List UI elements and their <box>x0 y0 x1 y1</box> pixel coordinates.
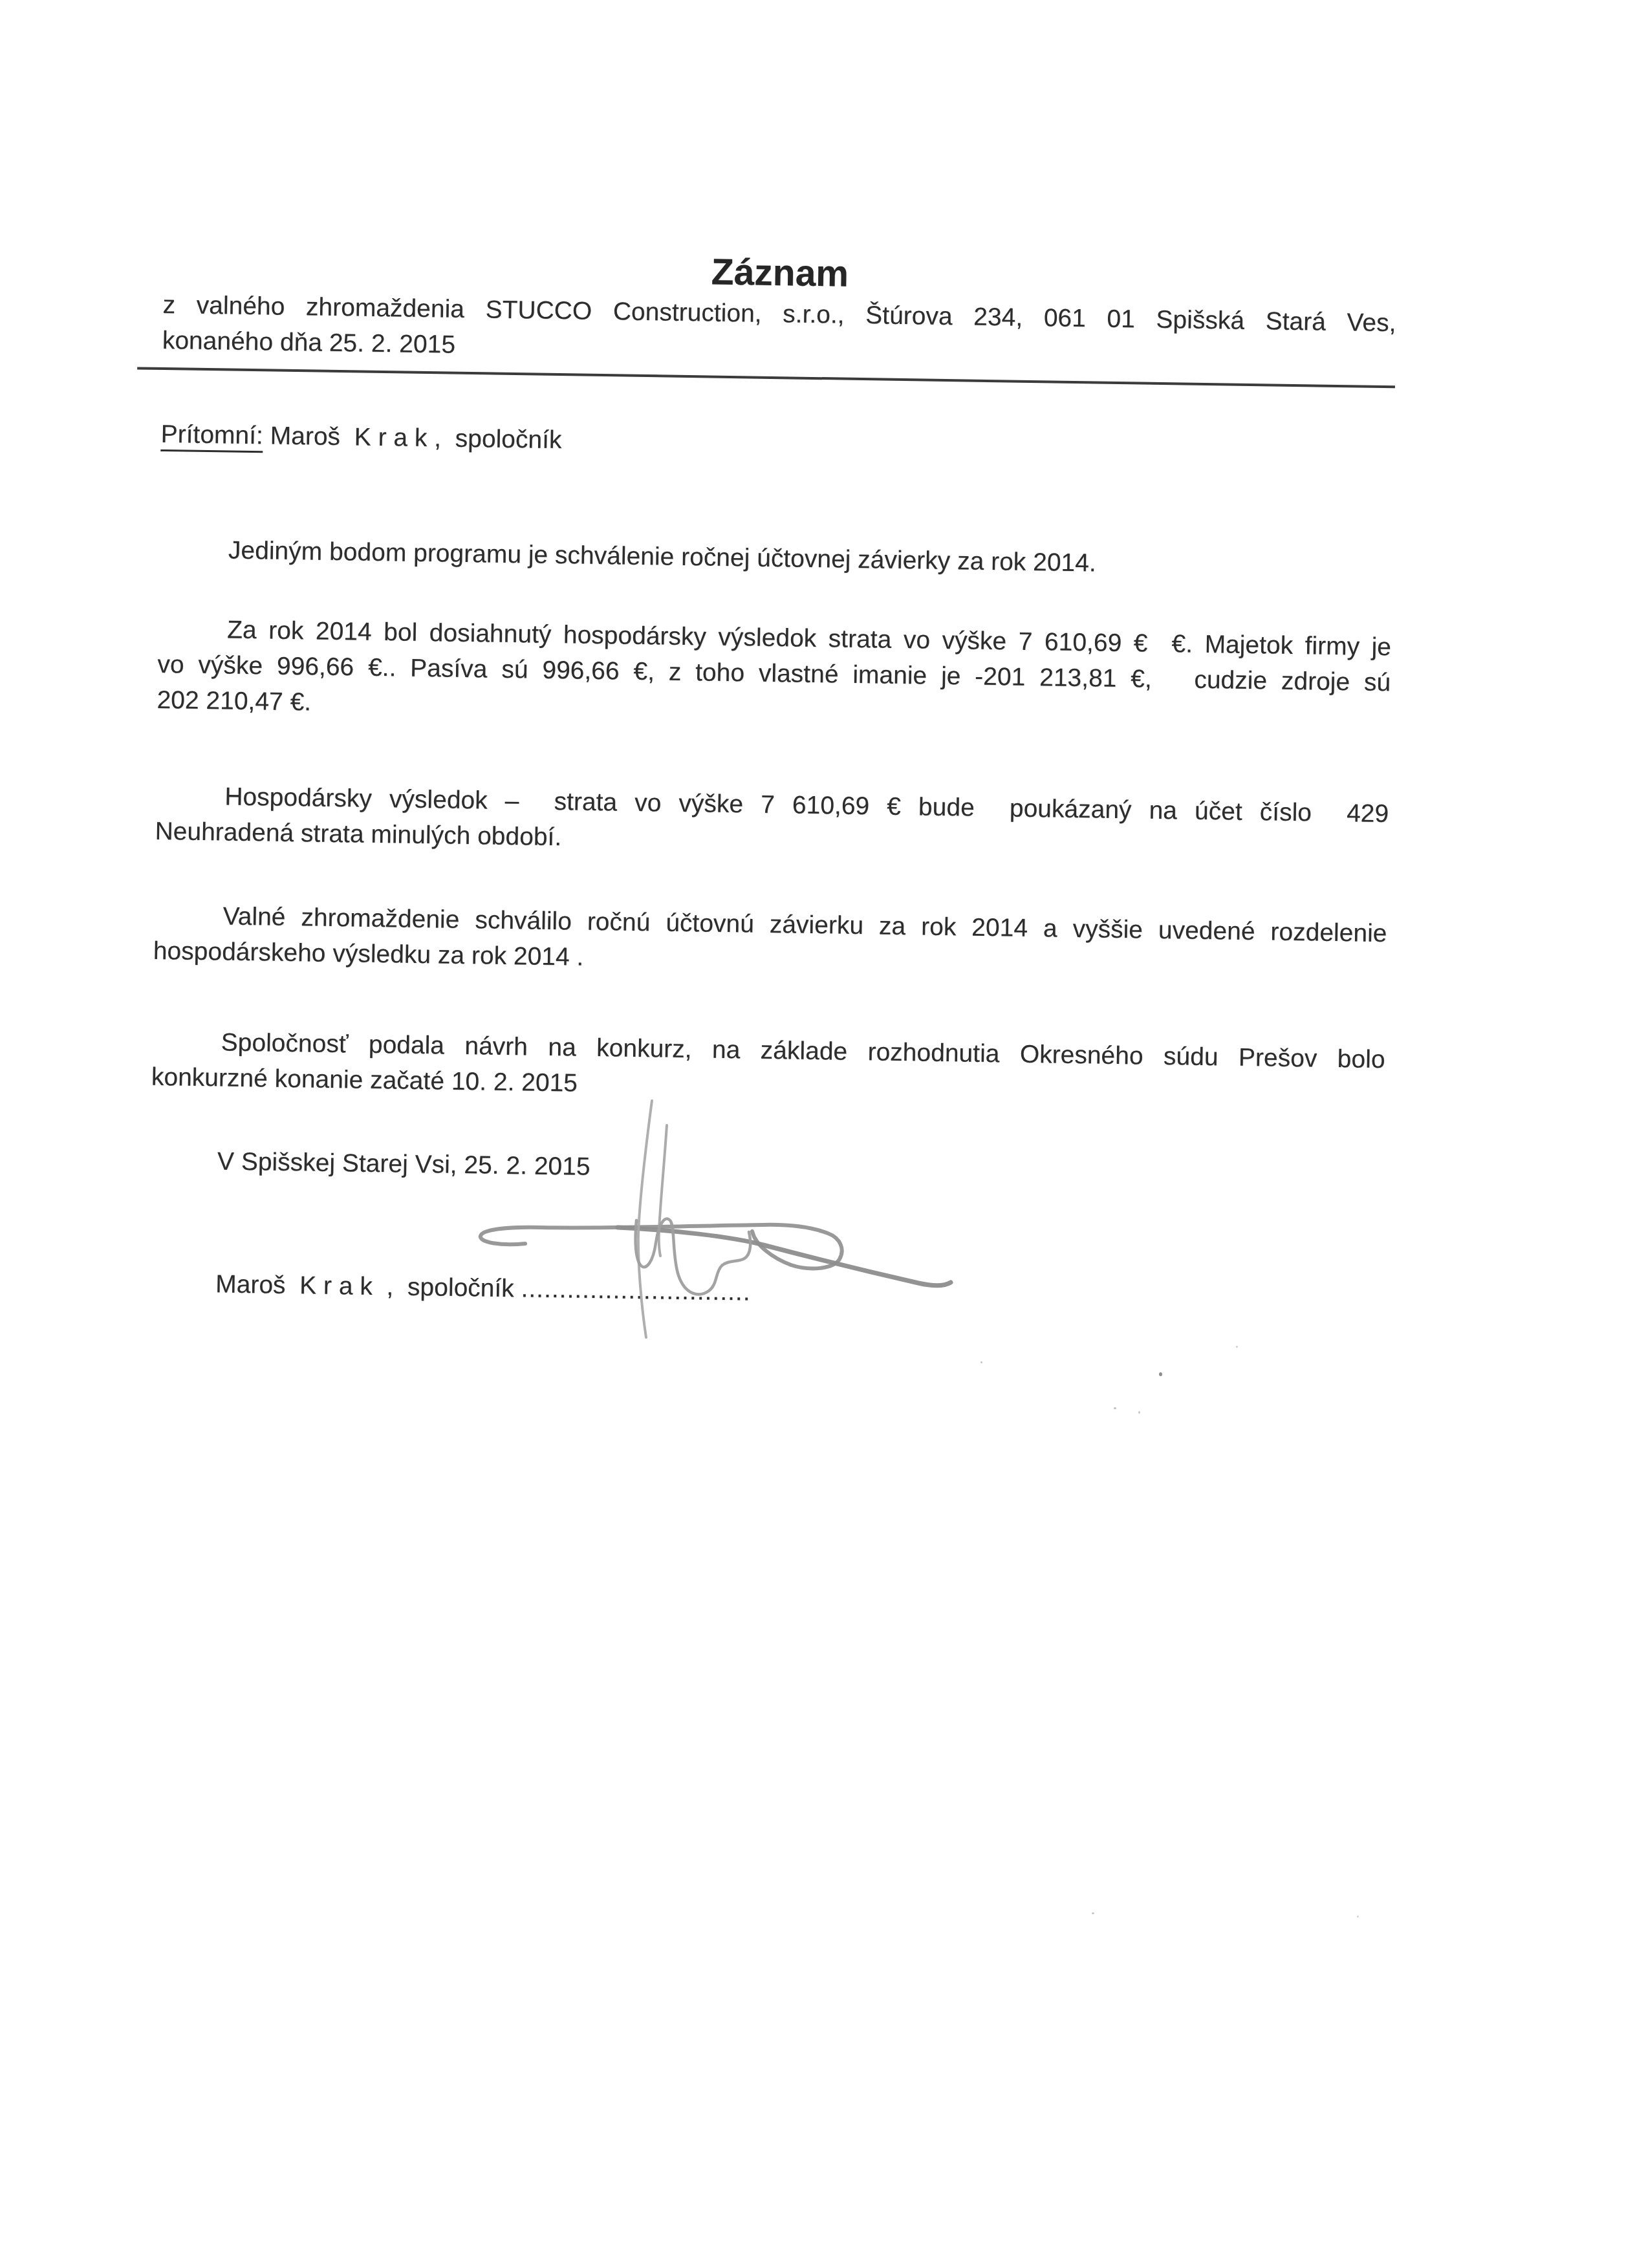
scan-speck <box>1114 1407 1116 1409</box>
allocation-paragraph: Hospodársky výsledok – strata vo výške 7… <box>155 778 1389 867</box>
attendees-line: Prítomní: Maroš K r a k , spoločník <box>160 416 1394 470</box>
signature-stroke-tail <box>618 1227 951 1286</box>
scan-speck <box>980 1361 982 1363</box>
scan-speck <box>1138 1411 1140 1414</box>
scan-speck <box>1092 1912 1094 1914</box>
scanned-page: Záznam z valného zhromaždenia STUCCO Con… <box>0 0 1635 2268</box>
intro-paragraph: z valného zhromaždenia STUCCO Constructi… <box>162 287 1396 376</box>
scan-speck <box>1357 1916 1359 1917</box>
signature-stroke-vertical-short <box>659 1125 667 1256</box>
attendees-label: Prítomní: <box>160 420 263 453</box>
scan-speck <box>1236 1346 1238 1348</box>
scan-speck <box>1159 1372 1162 1376</box>
signature-ink <box>453 1067 1002 1358</box>
result-paragraph: Za rok 2014 bol dosiahnutý hospodársky v… <box>157 611 1391 736</box>
approval-paragraph: Valné zhromaždenie schválilo ročnú účtov… <box>153 898 1387 987</box>
attendees-value: Maroš K r a k , spoločník <box>263 422 562 454</box>
signature-stroke-vertical-long <box>638 1101 652 1337</box>
agenda-paragraph: Jediným bodom programu je schválenie roč… <box>159 532 1393 585</box>
